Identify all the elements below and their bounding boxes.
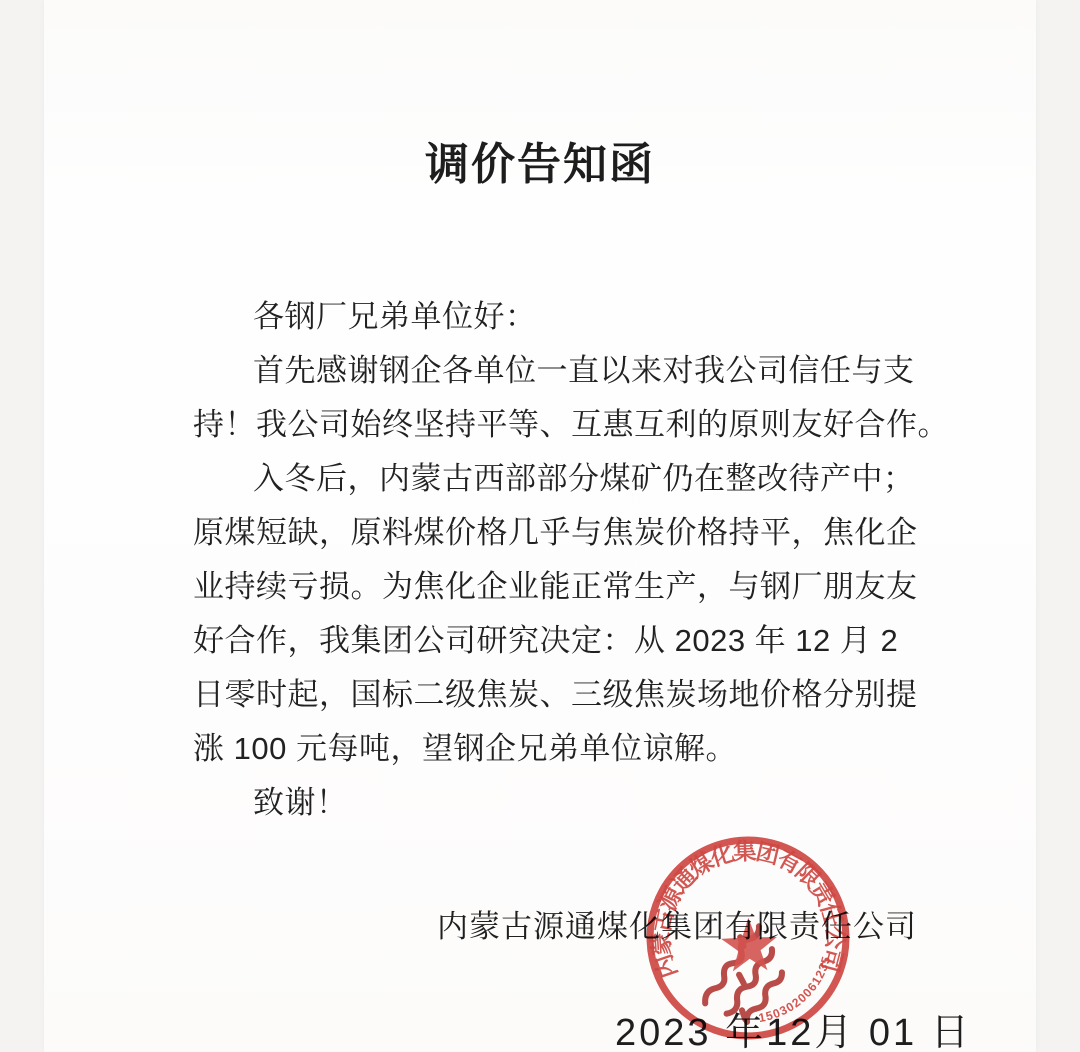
scanned-letter-page: 调价告知函 各钢厂兄弟单位好：首先感谢钢企各单位一直以来对我公司信任与支持！我公… — [0, 0, 1080, 1052]
body-line: 持！我公司始终坚持平等、互惠互利的原则友好合作。 — [193, 398, 933, 452]
letter-body: 各钢厂兄弟单位好：首先感谢钢企各单位一直以来对我公司信任与支持！我公司始终坚持平… — [193, 290, 933, 830]
body-line: 涨 100 元每吨，望钢企兄弟单位谅解。 — [193, 722, 933, 776]
body-line: 原煤短缺，原料煤价格几乎与焦炭价格持平，焦化企 — [193, 506, 933, 560]
body-line: 致谢！ — [193, 776, 933, 830]
body-line: 首先感谢钢企各单位一直以来对我公司信任与支 — [193, 344, 933, 398]
body-line: 各钢厂兄弟单位好： — [193, 290, 933, 344]
body-line: 好合作，我集团公司研究决定：从 2023 年 12 月 2 — [193, 614, 933, 668]
official-seal: 内蒙古源通煤化集团有限责任公司 1503020061235 — [638, 828, 857, 1047]
body-line: 日零时起，国标二级焦炭、三级焦炭场地价格分别提 — [193, 668, 933, 722]
body-line: 业持续亏损。为焦化企业能正常生产，与钢厂朋友友 — [193, 560, 933, 614]
document-title: 调价告知函 — [44, 128, 1036, 192]
body-line: 入冬后，内蒙古西部部分煤矿仍在整改待产中； — [193, 452, 933, 506]
